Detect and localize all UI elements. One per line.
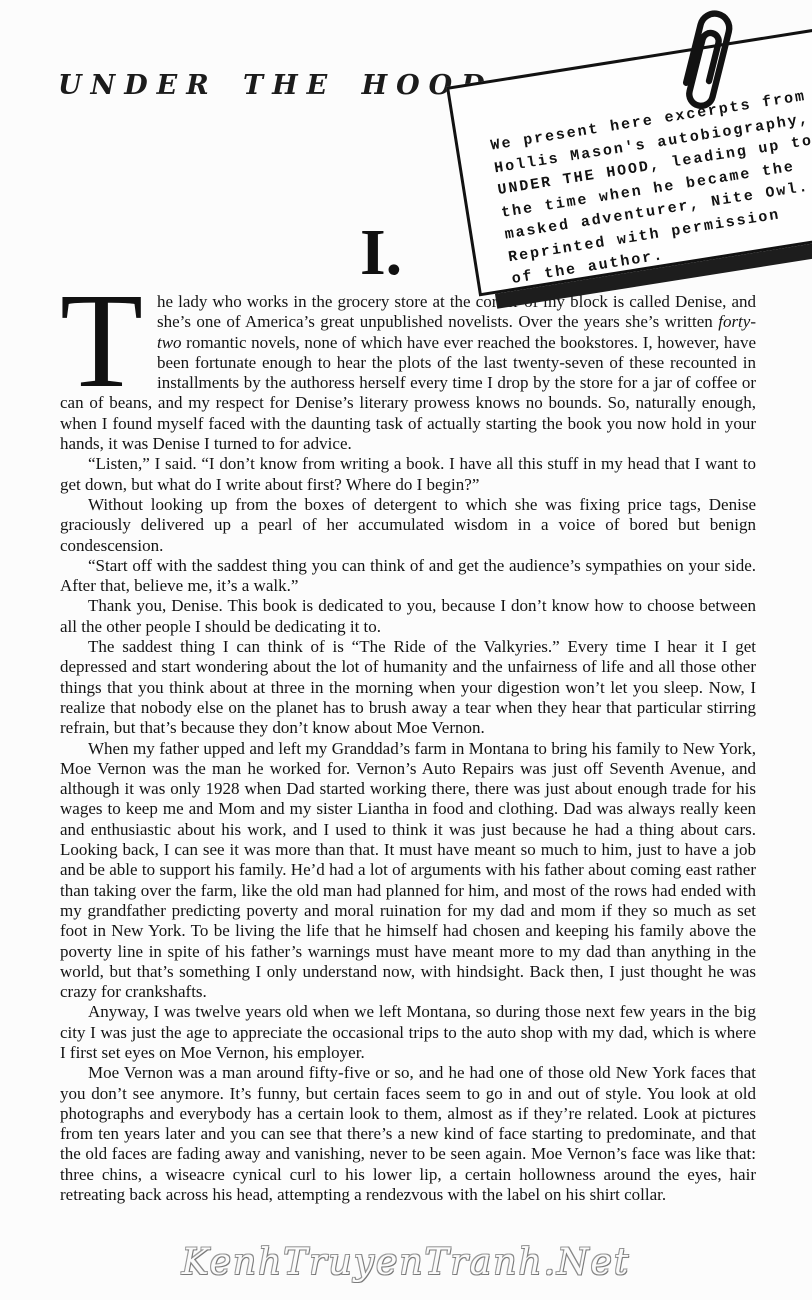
page-title: UNDER THE HOOD <box>58 70 494 101</box>
body-text-run: Thank you, Denise. This book is dedicate… <box>60 596 756 635</box>
body-paragraph: Anyway, I was twelve years old when we l… <box>60 1002 756 1063</box>
body-paragraph: “Start off with the saddest thing you ca… <box>60 556 756 597</box>
body-paragraph: “Listen,” I said. “I don’t know from wri… <box>60 454 756 495</box>
body-paragraph: Moe Vernon was a man around fifty-five o… <box>60 1063 756 1205</box>
body-text: The lady who works in the grocery store … <box>60 292 756 1205</box>
chapter-numeral: I. <box>360 220 402 286</box>
body-paragraph: The saddest thing I can think of is “The… <box>60 637 756 738</box>
body-text-run: Moe Vernon was a man around fifty-five o… <box>60 1063 756 1204</box>
body-text-run: he lady who works in the grocery store a… <box>157 292 756 331</box>
body-text-run: Anyway, I was twelve years old when we l… <box>60 1002 756 1062</box>
body-text-run: When my father upped and left my Grandda… <box>60 739 756 1002</box>
body-text-run: Without looking up from the boxes of det… <box>60 495 756 555</box>
body-paragraph: The lady who works in the grocery store … <box>60 292 756 454</box>
drop-cap: T <box>60 292 148 391</box>
body-text-run: The saddest thing I can think of is “The… <box>60 637 756 737</box>
body-paragraph: Thank you, Denise. This book is dedicate… <box>60 596 756 637</box>
body-paragraph: Without looking up from the boxes of det… <box>60 495 756 556</box>
watermark: KenhTruyenTranh.Net <box>0 1242 812 1283</box>
note-card-text: We present here excerpts fromHollis Maso… <box>489 79 812 292</box>
body-paragraph: When my father upped and left my Grandda… <box>60 739 756 1003</box>
body-text-run: “Start off with the saddest thing you ca… <box>60 556 756 595</box>
body-text-run: “Listen,” I said. “I don’t know from wri… <box>60 454 756 493</box>
book-page: UNDER THE HOOD I. We present here excerp… <box>0 0 812 1300</box>
editor-note-card: We present here excerpts fromHollis Maso… <box>446 23 812 297</box>
